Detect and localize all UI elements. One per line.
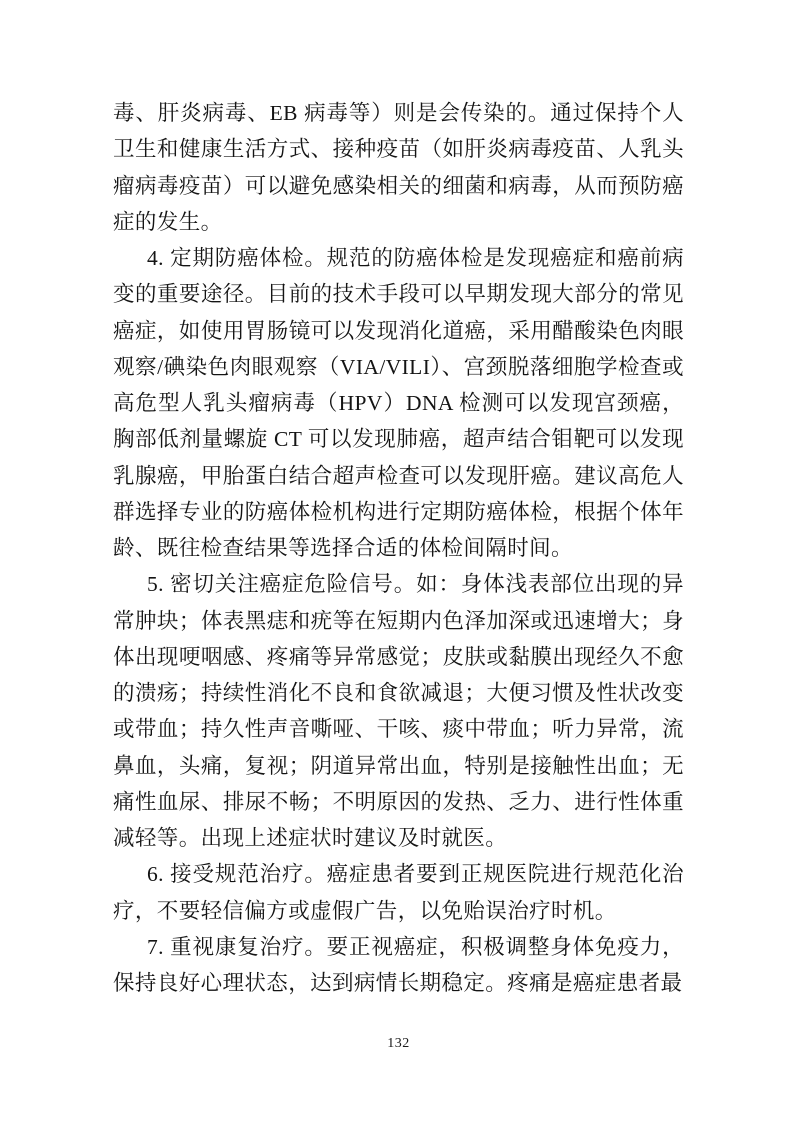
paragraph-item-7-rehabilitation: 7. 重视康复治疗。要正视癌症，积极调整身体免疫力，保持良好心理状态，达到病情长…	[113, 929, 684, 1002]
paragraph-continuation: 毒、肝炎病毒、EB 病毒等）则是会传染的。通过保持个人卫生和健康生活方式、接种疫…	[113, 95, 684, 240]
document-page: 毒、肝炎病毒、EB 病毒等）则是会传染的。通过保持个人卫生和健康生活方式、接种疫…	[0, 0, 793, 1122]
page-number: 132	[113, 1036, 684, 1052]
paragraph-item-6-standard-treatment: 6. 接受规范治疗。癌症患者要到正规医院进行规范化治疗，不要轻信偏方或虚假广告，…	[113, 856, 684, 929]
paragraph-item-5-warning-signs: 5. 密切关注癌症危险信号。如：身体浅表部位出现的异常肿块；体表黑痣和疣等在短期…	[113, 566, 684, 856]
paragraph-item-4-regular-checkups: 4. 定期防癌体检。规范的防癌体检是发现癌症和癌前病变的重要途径。目前的技术手段…	[113, 240, 684, 566]
page-body-text: 毒、肝炎病毒、EB 病毒等）则是会传染的。通过保持个人卫生和健康生活方式、接种疫…	[113, 95, 684, 1001]
